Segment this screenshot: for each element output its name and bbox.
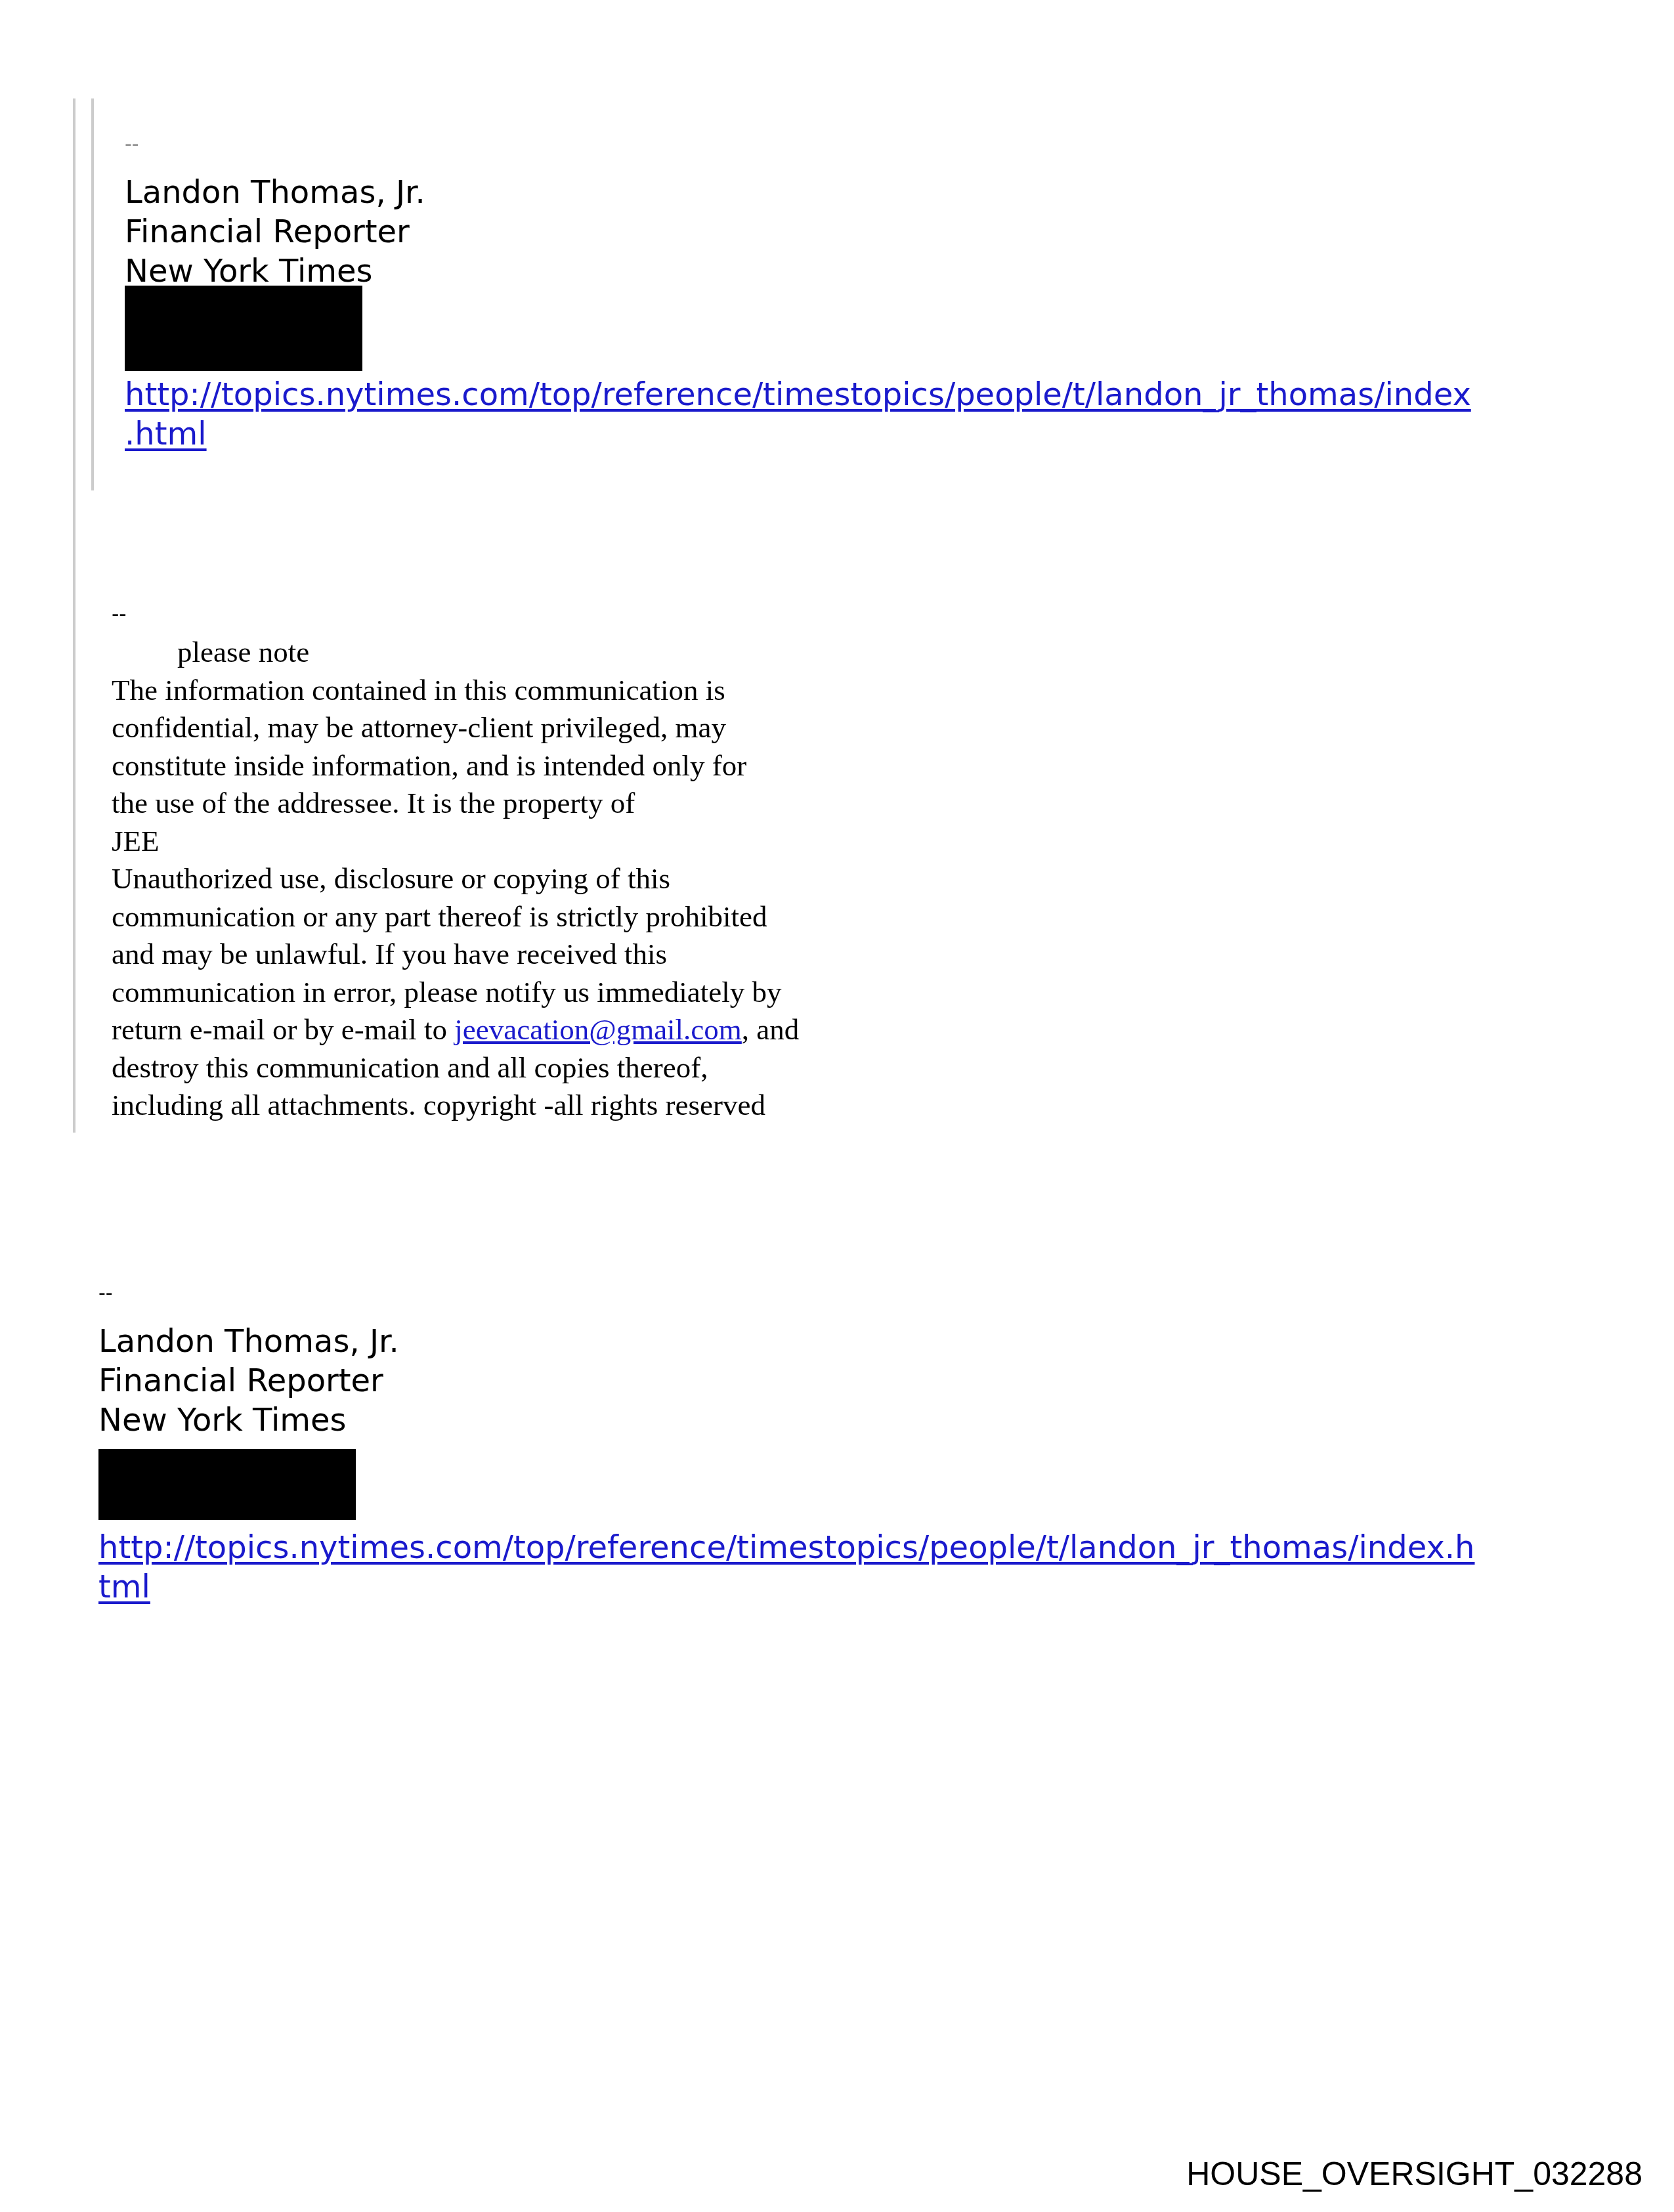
disclaimer-line: Unauthorized use, disclosure or copying … bbox=[112, 860, 932, 898]
disclaimer-separator: -- bbox=[112, 601, 932, 627]
profile-link[interactable]: http://topics.nytimes.com/top/reference/… bbox=[98, 1528, 1474, 1607]
disclaimer-line: the use of the addressee. It is the prop… bbox=[112, 785, 932, 823]
quoted-signature: -- Landon Thomas, Jr. Financial Reporter… bbox=[125, 135, 1471, 454]
signature-title: Financial Reporter bbox=[98, 1361, 1474, 1400]
redaction-block bbox=[98, 1449, 356, 1520]
confidentiality-disclaimer: -- please note The information contained… bbox=[112, 601, 932, 1125]
profile-link-line-2[interactable]: .html bbox=[125, 414, 1471, 454]
signature-organization: New York Times bbox=[98, 1400, 1474, 1440]
signature-separator: -- bbox=[98, 1284, 1474, 1303]
bates-number: HOUSE_OVERSIGHT_032288 bbox=[1186, 2156, 1642, 2192]
quote-bar-outer bbox=[73, 98, 75, 1133]
disclaimer-email-line: return e-mail or by e-mail to jeevacatio… bbox=[112, 1011, 932, 1049]
disclaimer-line: The information contained in this commun… bbox=[112, 672, 932, 710]
email-link[interactable]: jeevacation@gmail.com bbox=[454, 1013, 742, 1046]
disclaimer-line: destroy this communication and all copie… bbox=[112, 1049, 932, 1087]
profile-link-line-1[interactable]: http://topics.nytimes.com/top/reference/… bbox=[125, 375, 1471, 414]
signature: -- Landon Thomas, Jr. Financial Reporter… bbox=[98, 1284, 1474, 1607]
signature-organization: New York Times bbox=[125, 251, 1471, 291]
quote-bar-inner bbox=[91, 98, 94, 490]
disclaimer-heading: please note bbox=[112, 634, 932, 672]
profile-link[interactable]: http://topics.nytimes.com/top/reference/… bbox=[125, 375, 1471, 454]
signature-separator: -- bbox=[125, 135, 1471, 154]
disclaimer-line: communication or any part thereof is str… bbox=[112, 898, 932, 936]
signature-title: Financial Reporter bbox=[125, 212, 1471, 251]
redaction-block bbox=[125, 286, 362, 371]
disclaimer-line: confidential, may be attorney-client pri… bbox=[112, 709, 932, 747]
disclaimer-line: JEE bbox=[112, 823, 932, 861]
email-line-prefix: return e-mail or by e-mail to bbox=[112, 1013, 454, 1046]
profile-link-line-1[interactable]: http://topics.nytimes.com/top/reference/… bbox=[98, 1528, 1474, 1567]
disclaimer-line: communication in error, please notify us… bbox=[112, 974, 932, 1012]
disclaimer-line: including all attachments. copyright -al… bbox=[112, 1087, 932, 1125]
profile-link-line-2[interactable]: tml bbox=[98, 1567, 1474, 1607]
disclaimer-line: constitute inside information, and is in… bbox=[112, 747, 932, 785]
email-line-suffix: , and bbox=[742, 1013, 799, 1046]
disclaimer-line: and may be unlawful. If you have receive… bbox=[112, 936, 932, 974]
signature-name: Landon Thomas, Jr. bbox=[98, 1322, 1474, 1361]
signature-name: Landon Thomas, Jr. bbox=[125, 173, 1471, 212]
